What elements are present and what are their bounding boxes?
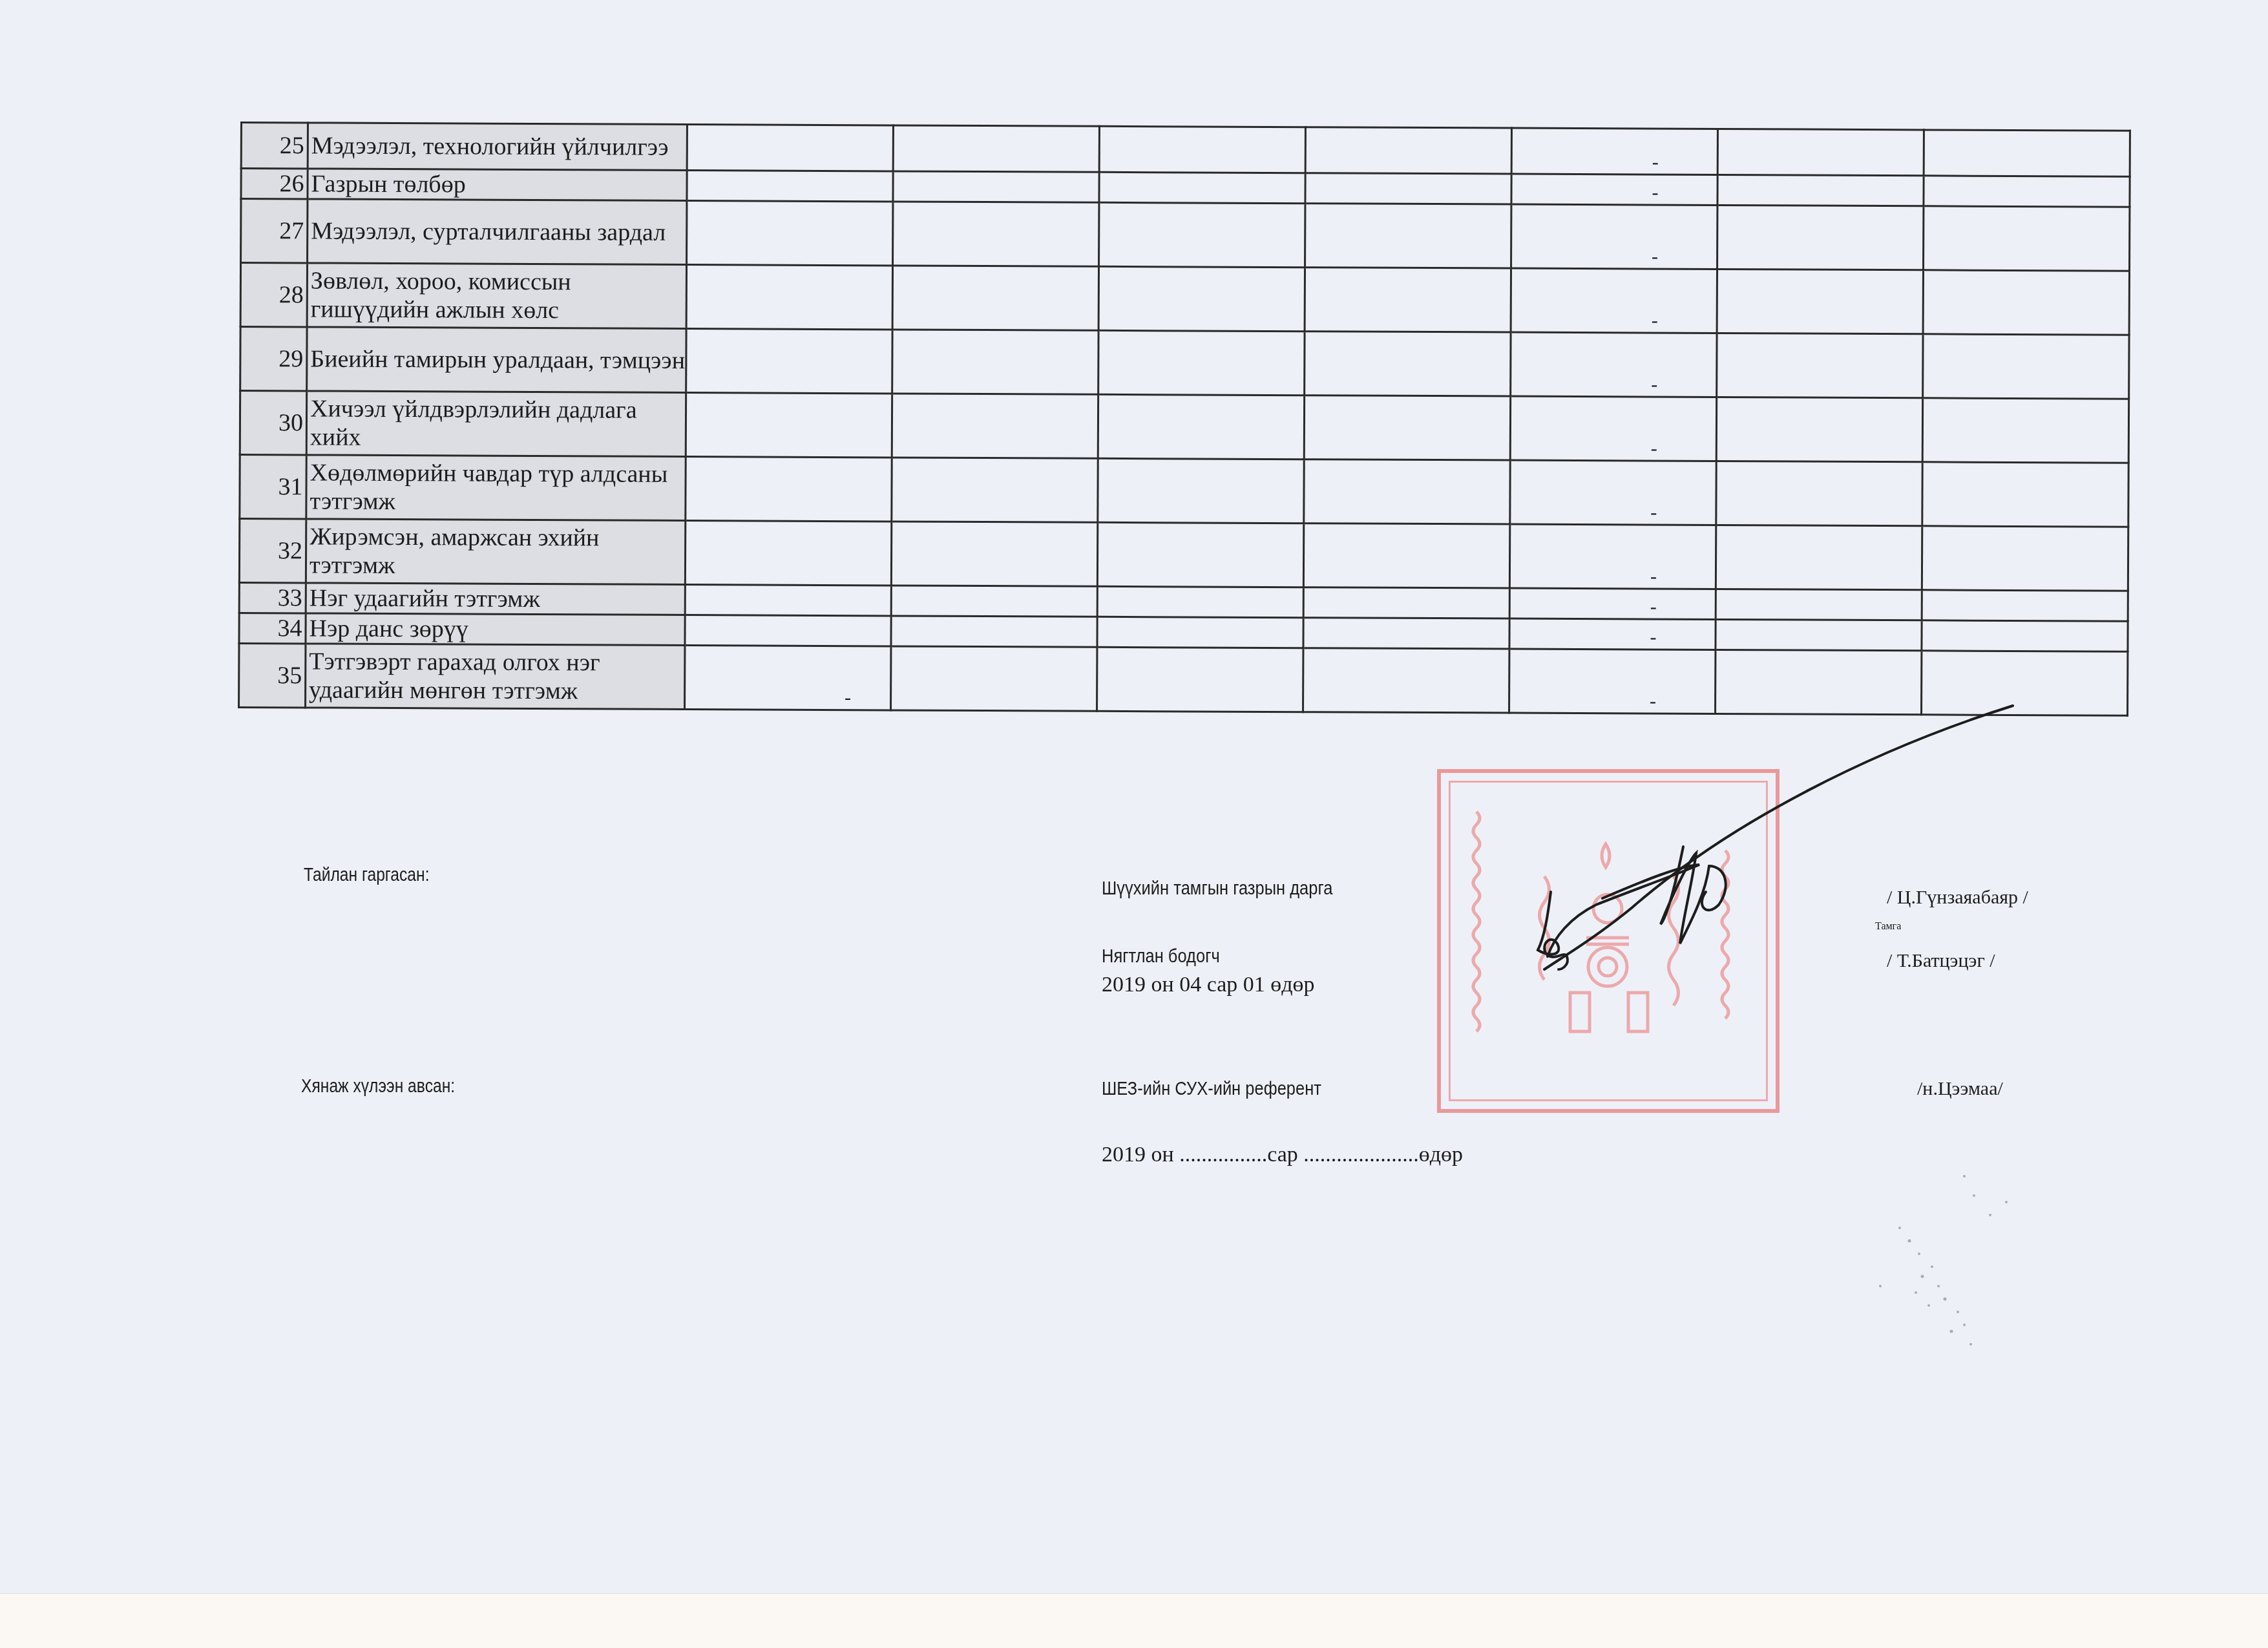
- expense-item-name: Нэг удаагийн тэтгэмж: [306, 583, 685, 615]
- table-row: 30Хичээл үйлдвэрлэлийн дадлага хийх-: [240, 391, 2128, 463]
- table-row: 27Мэдээлэл, сурталчилгааны зардал-: [241, 199, 2130, 271]
- value-cell: -: [1509, 618, 1716, 650]
- value-cell: -: [685, 646, 891, 710]
- cell-value: -: [1650, 598, 1657, 617]
- value-cell: [892, 458, 1098, 522]
- expense-item-name: Мэдээлэл, сурталчилгааны зардал: [308, 199, 687, 265]
- prepared-by-label: Тайлан гаргасан:: [304, 865, 430, 886]
- value-cell: [1924, 206, 2130, 271]
- value-cell: [1717, 205, 1924, 269]
- row-number: 25: [241, 123, 308, 169]
- value-cell: [1716, 525, 1922, 589]
- value-cell: -: [1511, 268, 1717, 333]
- value-cell: -: [1509, 588, 1716, 619]
- value-cell: -: [1511, 128, 1717, 174]
- cell-value: -: [1651, 375, 1657, 395]
- cell-value: -: [1652, 312, 1658, 331]
- expense-item-name: Жирэмсэн, амаржсан эхийн тэтгэмж: [306, 519, 685, 585]
- value-cell: [1098, 394, 1304, 459]
- value-cell: [1717, 129, 1924, 175]
- value-cell: [1097, 586, 1303, 617]
- row-number: 34: [239, 613, 306, 643]
- value-cell: [685, 585, 891, 616]
- expense-item-name: Хичээл үйлдвэрлэлийн дадлага хийх: [306, 391, 686, 457]
- value-cell: [1923, 334, 2129, 399]
- accountant-name: / Т.Батцэцэг /: [1887, 950, 1995, 972]
- value-cell: [1305, 127, 1511, 174]
- referent-title: ШЕЗ-ийн СУХ-ийн референт: [1102, 1078, 1321, 1100]
- scan-bottom-edge: [0, 1593, 2268, 1648]
- official-stamp: [1437, 769, 1780, 1113]
- stamp-seal-emblem-icon: [1441, 773, 1776, 1109]
- table-row: 25Мэдээлэл, технологийн үйлчилгээ-: [241, 123, 2130, 177]
- value-cell: [1305, 173, 1511, 204]
- expense-item-name: Хөдөлмөрийн чавдар түр алдсаны тэтгэмж: [306, 455, 686, 521]
- value-cell: [1304, 460, 1510, 524]
- cell-value: -: [845, 688, 851, 708]
- value-cell: -: [1509, 524, 1716, 589]
- referent-name: /н.Цээмаа/: [1917, 1078, 2003, 1100]
- value-cell: -: [1510, 396, 1716, 461]
- value-cell: [892, 330, 1098, 394]
- row-number: 31: [240, 455, 306, 519]
- budget-table: 25Мэдээлэл, технологийн үйлчилгээ-26Газр…: [238, 121, 2131, 717]
- scan-noise-speckles: [1861, 1137, 2132, 1357]
- table-row: 32Жирэмсэн, амаржсан эхийн тэтгэмж-: [239, 519, 2128, 591]
- table-row: 29Биеийн тамирын уралдаан, тэмцээн-: [240, 327, 2129, 399]
- value-cell: [891, 646, 1097, 711]
- value-cell: [1305, 332, 1511, 396]
- prepared-date: 2019 он 04 сар 01 өдөр: [1102, 973, 1315, 997]
- value-cell: -: [1509, 649, 1716, 713]
- expense-item-name: Нэр данс зөрүү: [306, 613, 685, 646]
- expense-item-name: Тэтгэвэрт гарахад олгох нэг удаагийн мөн…: [306, 644, 685, 710]
- value-cell: [687, 125, 893, 171]
- value-cell: [1098, 458, 1304, 523]
- value-cell: [1922, 462, 2128, 527]
- value-cell: [685, 521, 891, 586]
- row-number: 32: [239, 519, 306, 583]
- value-cell: [1097, 522, 1303, 587]
- table-row: 35Тэтгэвэрт гарахад олгох нэг удаагийн м…: [239, 643, 2128, 715]
- table-row: 28Зөвлөл, хороо, комиссын гишүүдийн ажлы…: [240, 263, 2129, 335]
- row-number: 29: [240, 327, 307, 391]
- stamp-label: Тамга: [1875, 921, 1901, 933]
- value-cell: [1716, 461, 1922, 525]
- reviewed-by-label: Хянаж хүлээн авсан:: [301, 1076, 455, 1097]
- value-cell: [1303, 523, 1509, 588]
- value-cell: [1099, 172, 1305, 203]
- value-cell: [686, 393, 892, 458]
- row-number: 26: [241, 169, 308, 199]
- accountant-title: Нягтлан бодогч: [1102, 945, 1220, 967]
- value-cell: [893, 202, 1099, 266]
- value-cell: [686, 265, 892, 330]
- row-number: 28: [240, 263, 307, 327]
- value-cell: [1305, 268, 1511, 332]
- value-cell: [891, 616, 1097, 647]
- value-cell: [1924, 176, 2130, 207]
- value-cell: [1924, 130, 2130, 176]
- value-cell: [893, 125, 1099, 172]
- value-cell: [1303, 587, 1509, 618]
- value-cell: [686, 457, 892, 522]
- value-cell: [1097, 647, 1303, 712]
- value-cell: [687, 171, 893, 202]
- cell-value: -: [1652, 184, 1658, 203]
- value-cell: [1099, 126, 1305, 173]
- value-cell: [1097, 617, 1303, 648]
- value-cell: [1098, 266, 1305, 331]
- row-number: 30: [240, 391, 306, 455]
- value-cell: [1716, 619, 1922, 650]
- expense-item-name: Зөвлөл, хороо, комиссын гишүүдийн ажлын …: [307, 263, 686, 329]
- cell-value: -: [1652, 153, 1659, 173]
- value-cell: [1099, 202, 1305, 267]
- value-cell: [891, 586, 1097, 617]
- value-cell: [1922, 651, 2128, 715]
- value-cell: [892, 266, 1098, 330]
- cell-value: -: [1652, 248, 1658, 267]
- expense-item-name: Биеийн тамирын уралдаан, тэмцээн: [307, 327, 686, 393]
- value-cell: [892, 394, 1098, 458]
- value-cell: [1923, 270, 2129, 335]
- value-cell: -: [1511, 204, 1717, 269]
- value-cell: [1922, 398, 2128, 463]
- value-cell: -: [1510, 460, 1716, 525]
- row-number: 27: [241, 199, 308, 263]
- table-row: 31Хөдөлмөрийн чавдар түр алдсаны тэтгэмж…: [240, 455, 2128, 527]
- value-cell: [1303, 618, 1509, 649]
- expense-item-name: Газрын төлбөр: [308, 169, 687, 201]
- value-cell: [1717, 269, 1923, 333]
- chief-title: Шүүхийн тамгын газрын дарга: [1102, 878, 1332, 900]
- chief-name: / Ц.Гүнзаяабаяр /: [1887, 887, 2028, 909]
- value-cell: [1717, 174, 1924, 206]
- cell-value: -: [1651, 439, 1657, 459]
- value-cell: [893, 171, 1099, 202]
- value-cell: [1716, 397, 1922, 461]
- cell-value: -: [1650, 503, 1657, 523]
- value-cell: [686, 329, 892, 394]
- value-cell: [1098, 330, 1305, 395]
- value-cell: [1716, 589, 1922, 620]
- value-cell: [1922, 620, 2128, 651]
- cell-value: -: [1650, 628, 1656, 648]
- cell-value: -: [1650, 567, 1657, 587]
- expense-item-name: Мэдээлэл, технологийн үйлчилгээ: [308, 123, 687, 171]
- value-cell: [1303, 648, 1509, 713]
- value-cell: [891, 522, 1097, 586]
- row-number: 33: [239, 582, 306, 613]
- cell-value: -: [1650, 692, 1656, 712]
- value-cell: [687, 201, 893, 266]
- value-cell: [1716, 650, 1922, 714]
- value-cell: [1304, 396, 1510, 460]
- value-cell: -: [1511, 174, 1717, 205]
- value-cell: [1922, 590, 2128, 621]
- value-cell: [1922, 526, 2128, 591]
- value-cell: [1717, 333, 1923, 397]
- value-cell: -: [1511, 332, 1717, 397]
- value-cell: [685, 615, 891, 646]
- value-cell: [1305, 204, 1511, 268]
- row-number: 35: [239, 643, 306, 707]
- reviewed-date: 2019 он ................сар ............…: [1102, 1143, 1463, 1167]
